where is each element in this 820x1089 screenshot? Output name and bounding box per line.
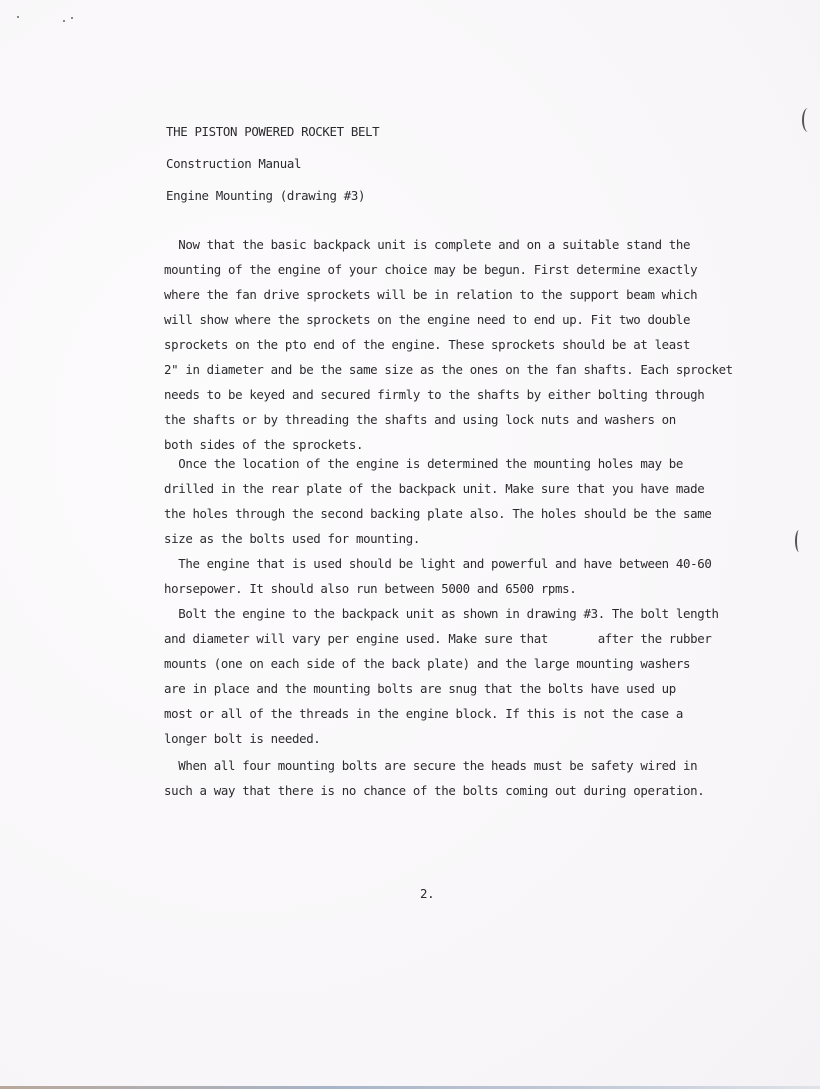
- page-number: 2.: [420, 886, 434, 902]
- paragraph-line: mounts (one on each side of the back pla…: [164, 656, 690, 672]
- scan-speck: [17, 16, 19, 18]
- scan-mark: [795, 530, 803, 552]
- paragraph-line: are in place and the mounting bolts are …: [164, 681, 676, 697]
- document-subtitle: Construction Manual: [166, 156, 301, 172]
- paragraph-line: horsepower. It should also run between 5…: [164, 581, 576, 597]
- paragraph-line: where the fan drive sprockets will be in…: [164, 287, 697, 303]
- paragraph-line: sprockets on the pto end of the engine. …: [164, 337, 690, 353]
- section-heading: Engine Mounting (drawing #3): [166, 188, 365, 204]
- scan-speck: [71, 17, 73, 19]
- paragraph-line: size as the bolts used for mounting.: [164, 531, 420, 547]
- paragraph-line: needs to be keyed and secured firmly to …: [164, 387, 704, 403]
- paragraph-line: such a way that there is no chance of th…: [164, 783, 704, 799]
- paragraph-line: The engine that is used should be light …: [164, 556, 711, 572]
- paragraph-line: the shafts or by threading the shafts an…: [164, 412, 676, 428]
- paragraph-line: mounting of the engine of your choice ma…: [164, 262, 697, 278]
- paragraph-line: Now that the basic backpack unit is comp…: [164, 237, 690, 253]
- paragraph-line: Bolt the engine to the backpack unit as …: [164, 606, 719, 622]
- paragraph-line: When all four mounting bolts are secure …: [164, 758, 697, 774]
- paragraph-line: Once the location of the engine is deter…: [164, 456, 683, 472]
- paragraph-line: the holes through the second backing pla…: [164, 506, 711, 522]
- paragraph-line: most or all of the threads in the engine…: [164, 706, 683, 722]
- scan-mark: [802, 108, 814, 132]
- scanned-page: THE PISTON POWERED ROCKET BELT Construct…: [0, 0, 820, 1089]
- paragraph-line: 2" in diameter and be the same size as t…: [164, 362, 733, 378]
- paragraph-line: drilled in the rear plate of the backpac…: [164, 481, 704, 497]
- paragraph-line: and diameter will vary per engine used. …: [164, 631, 711, 647]
- paragraph-line: both sides of the sprockets.: [164, 437, 363, 453]
- document-title: THE PISTON POWERED ROCKET BELT: [166, 124, 379, 140]
- scan-speck: [63, 20, 65, 22]
- paragraph-line: will show where the sprockets on the eng…: [164, 312, 690, 328]
- paragraph-line: longer bolt is needed.: [164, 731, 320, 747]
